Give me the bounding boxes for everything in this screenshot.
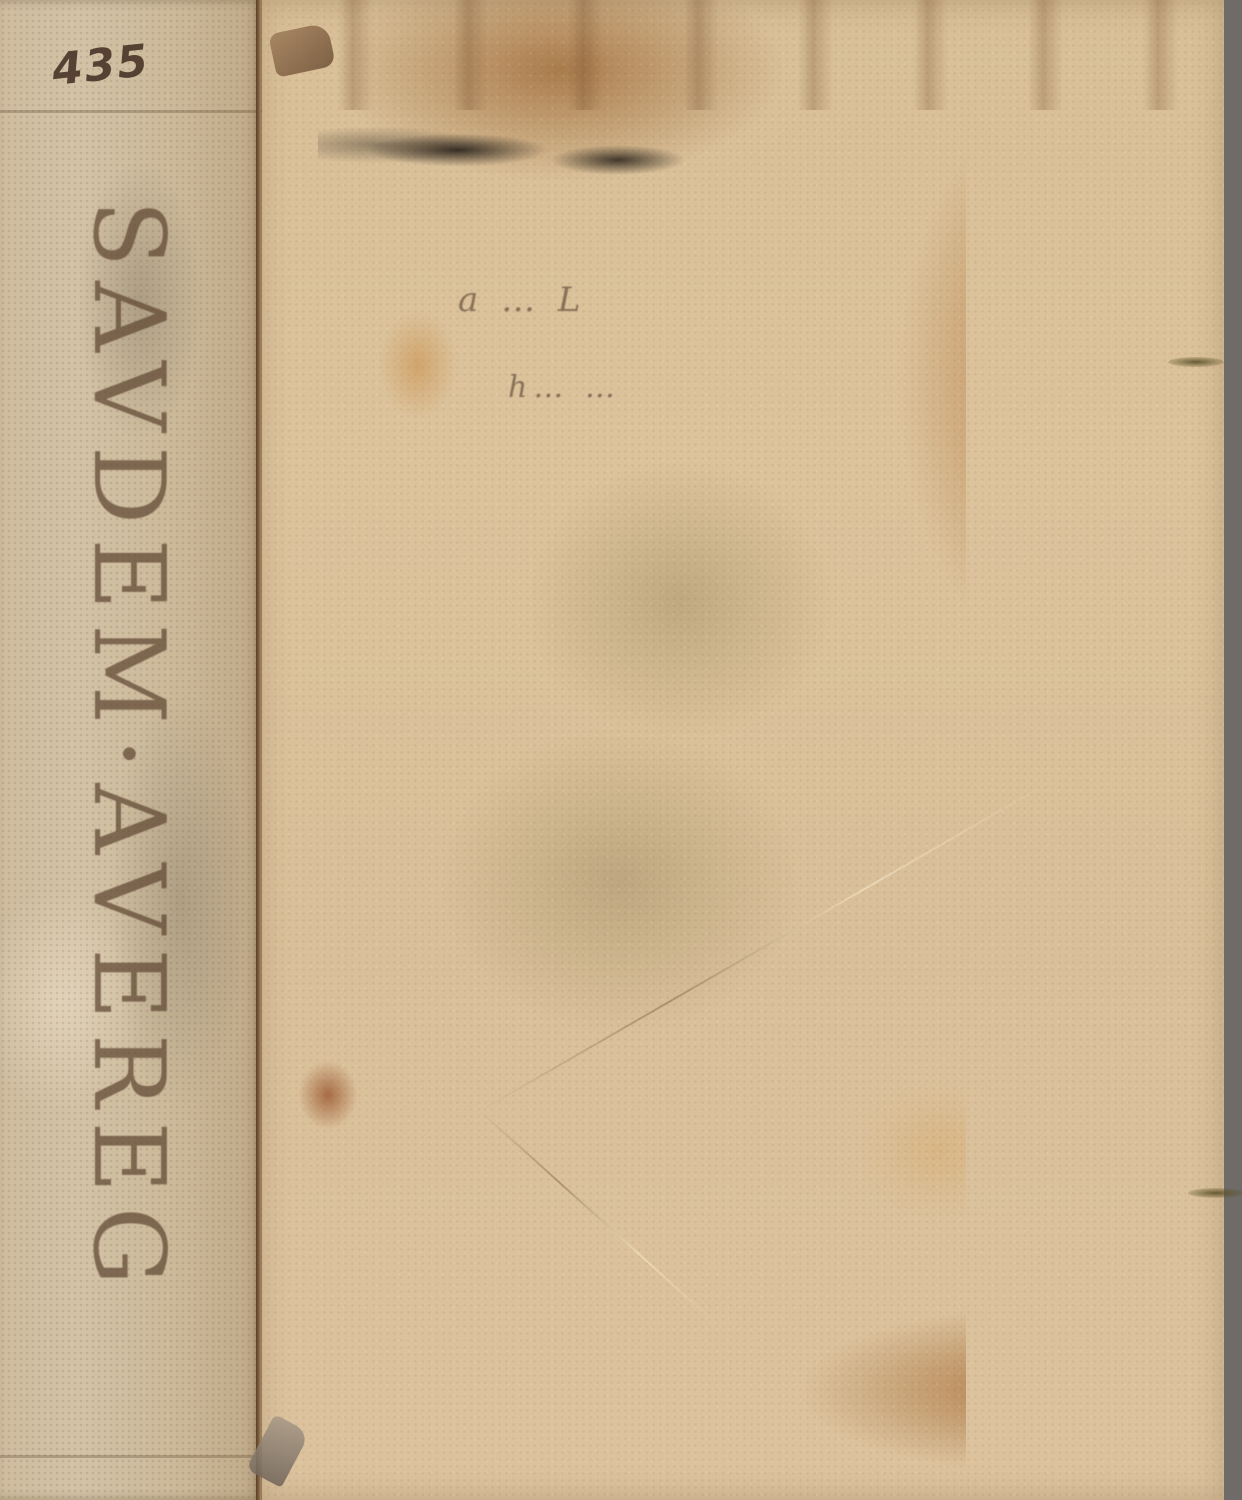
vellum-texture — [258, 0, 1224, 1500]
spine-title: SAVDEM·AVEREG — [68, 200, 188, 1360]
edge-tear — [1188, 1188, 1242, 1198]
faded-inscription-line-1: a … L — [458, 280, 586, 320]
spine-joint — [256, 0, 261, 1500]
shelf-number: 435 — [50, 35, 153, 96]
front-cover: a … L h… … — [258, 0, 1224, 1500]
dark-stain-top — [318, 120, 698, 190]
faded-inscription-line-2: h… … — [508, 370, 621, 405]
spine-band — [0, 1455, 262, 1458]
joint-stain — [298, 1060, 358, 1130]
spine-band — [0, 110, 262, 113]
top-edge-creases — [258, 0, 1224, 110]
stain-spot — [378, 310, 458, 420]
edge-tear — [1168, 357, 1224, 367]
book-spine: 435 SAVDEM·AVEREG — [0, 0, 262, 1500]
book-photo: a … L h… … 435 SAVDEM·AVEREG — [0, 0, 1242, 1500]
